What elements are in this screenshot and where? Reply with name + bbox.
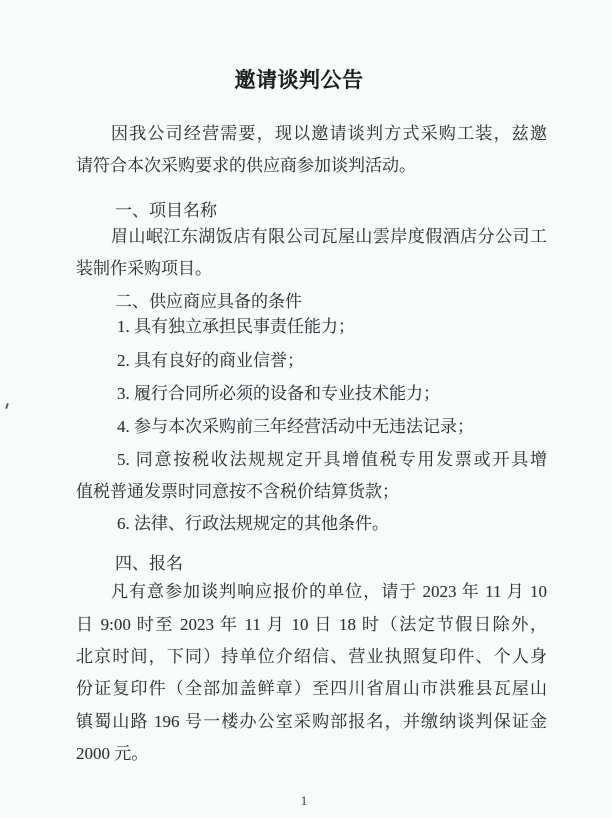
section1-line-2: 装制作采购项目。: [76, 252, 547, 285]
condition-item-5-line-1: 5. 同意按税收法规规定开具增值税专用发票或开具增: [76, 443, 547, 476]
intro-line-2: 请符合本次采购要求的供应商参加谈判活动。: [76, 149, 547, 182]
condition-item-3: 3. 履行合同所必须的设备和专业技术能力；: [76, 377, 547, 410]
condition-item-4: 4. 参与本次采购前三年经营活动中无违法记录；: [76, 410, 547, 443]
section4-line-5: 镇蜀山路 196 号一楼办公室采购部报名，并缴纳谈判保证金: [76, 705, 547, 738]
condition-item-1: 1. 具有独立承担民事责任能力；: [76, 310, 547, 343]
section4-line-3: 北京时间，下同）持单位介绍信、营业执照复印件、个人身: [76, 640, 547, 673]
condition-item-5-line-2: 值税普通发票时同意按不含税价结算货款；: [76, 475, 547, 508]
document-title: 邀请谈判公告: [0, 66, 598, 94]
scan-artifact-speck: [5, 403, 9, 409]
section4-line-1: 凡有意参加谈判响应报价的单位，请于 2023 年 11 月 10: [76, 575, 547, 608]
section1-line-1: 眉山岷江东湖饭店有限公司瓦屋山雲岸度假酒店分公司工: [76, 220, 547, 253]
intro-line-1: 因我公司经营需要，现以邀请谈判方式采购工装，兹邀: [76, 117, 547, 150]
condition-item-6: 6. 法律、行政法规规定的其他条件。: [76, 507, 547, 540]
page-number: 1: [0, 792, 608, 810]
section4-line-2: 日 9:00 时至 2023 年 11 月 10 日 18 时（法定节假日除外，: [76, 608, 547, 641]
document-page: 邀请谈判公告 因我公司经营需要，现以邀请谈判方式采购工装，兹邀 请符合本次采购要…: [0, 0, 612, 818]
section4-line-6: 2000 元。: [76, 737, 547, 770]
section4-line-4: 份证复印件（全部加盖鲜章）至四川省眉山市洪雅县瓦屋山: [76, 672, 547, 705]
condition-item-2: 2. 具有良好的商业信誉；: [76, 344, 547, 377]
